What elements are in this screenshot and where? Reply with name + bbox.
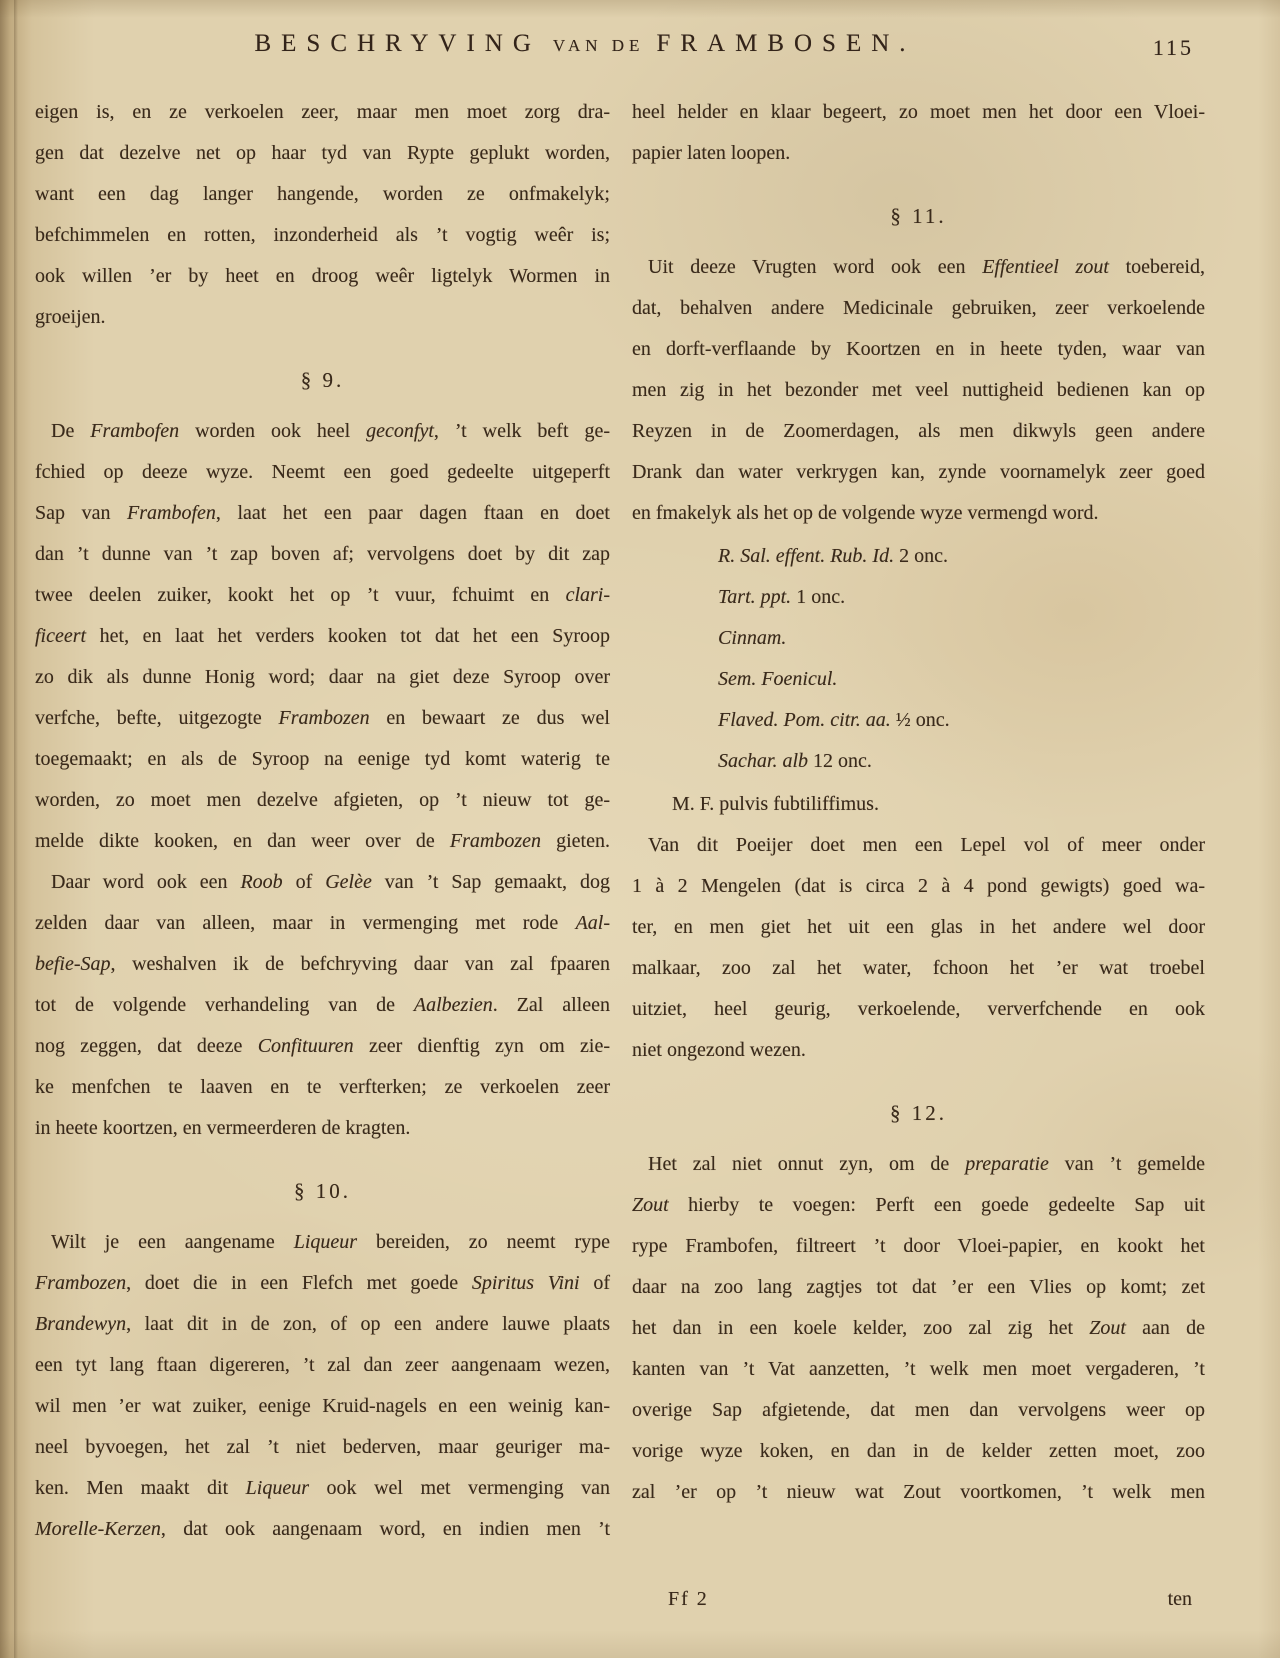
- paragraph: De Frambofen worden ook heel geconfyt, ’…: [35, 411, 610, 862]
- text-line: Sem. Foenicul.: [632, 659, 1205, 700]
- text-line: Zout hierby te voegen: Perft een goede g…: [632, 1185, 1205, 1226]
- title-connector-van-de: van de: [553, 36, 645, 55]
- text-line: Flaved. Pom. citr. aa. ½ onc.: [632, 700, 1205, 741]
- text-line: Cinnam.: [632, 618, 1205, 659]
- section-heading: § 11.: [632, 196, 1205, 237]
- text-line: worden, zo moet men dezelve afgieten, op…: [35, 780, 610, 821]
- text-line: ficeert het, en laat het verders kooken …: [35, 616, 610, 657]
- text-line: dan ’t dunne van ’t zap boven af; vervol…: [35, 534, 610, 575]
- text-line: toegemaakt; en als de Syroop na eenige t…: [35, 739, 610, 780]
- text-line: zo dik als dunne Honig word; daar na gie…: [35, 657, 610, 698]
- text-line: Reyzen in de Zoomerdagen, als men dikwyl…: [632, 411, 1205, 452]
- text-line: zelden daar van alleen, maar in vermengi…: [35, 903, 610, 944]
- title-word-frambosen: FRAMBOSEN.: [656, 30, 915, 57]
- text-line: ter, en men giet het uit een glas in het…: [632, 907, 1205, 948]
- text-line: Sachar. alb 12 onc.: [632, 741, 1205, 782]
- text-line: Morelle-Kerzen, dat ook aangenaam word, …: [35, 1509, 610, 1550]
- page-footer: Ff 2 ten: [0, 1588, 1280, 1629]
- page-header: BESCHRYVINGvan deFRAMBOSEN. 115: [0, 30, 1280, 72]
- book-page: BESCHRYVINGvan deFRAMBOSEN. 115 eigen is…: [0, 0, 1280, 1658]
- text-line: malkaar, zoo zal het water, fchoon het ’…: [632, 948, 1205, 989]
- text-line: Het zal niet onnut zyn, om de preparatie…: [632, 1144, 1205, 1185]
- text-line: en dorft-verflaande by Koortzen en in he…: [632, 329, 1205, 370]
- paragraph: Wilt je een aangename Liqueur bereiden, …: [35, 1222, 610, 1550]
- text-line: R. Sal. effent. Rub. Id. 2 onc.: [632, 536, 1205, 577]
- text-line: men zig in het bezonder met veel nuttigh…: [632, 370, 1205, 411]
- text-line: dat, behalven andere Medicinale gebruike…: [632, 288, 1205, 329]
- text-line: M. F. pulvis fubtiliffimus.: [672, 784, 1205, 825]
- text-line: eigen is, en ze verkoelen zeer, maar men…: [35, 92, 610, 133]
- paragraph: eigen is, en ze verkoelen zeer, maar men…: [35, 92, 610, 338]
- text-line: verfche, befte, uitgezogte Frambozen en …: [35, 698, 610, 739]
- paragraph: Van dit Poeijer doet men een Lepel vol o…: [632, 825, 1205, 1071]
- text-line: befie-Sap, weshalven ik de befchryving d…: [35, 944, 610, 985]
- text-line: gen dat dezelve net op haar tyd van Rypt…: [35, 133, 610, 174]
- text-line: melde dikte kooken, en dan weer over de …: [35, 821, 610, 862]
- text-line: rype Frambofen, filtreert ’t door Vloei-…: [632, 1226, 1205, 1267]
- text-line: neel byvoegen, het zal ’t niet bederven,…: [35, 1427, 610, 1468]
- text-line: Brandewyn, laat dit in de zon, of op een…: [35, 1304, 610, 1345]
- text-line: vorige wyze koken, en dan in de kelder z…: [632, 1431, 1205, 1472]
- running-title: BESCHRYVINGvan deFRAMBOSEN.: [40, 30, 1130, 58]
- text-line: papier laten loopen.: [632, 133, 1205, 174]
- text-line: Wilt je een aangename Liqueur bereiden, …: [35, 1222, 610, 1263]
- text-line: befchimmelen en rotten, inzonderheid als…: [35, 215, 610, 256]
- text-line: uitziet, heel geurig, verkoelende, verve…: [632, 989, 1205, 1030]
- text-line: het dan in een koele kelder, zoo zal zig…: [632, 1308, 1205, 1349]
- text-line: daar na zoo lang zagtjes tot dat ’er een…: [632, 1267, 1205, 1308]
- text-line: nog zeggen, dat deeze Confituuren zeer d…: [35, 1026, 610, 1067]
- text-line: twee deelen zuiker, kookt het op ’t vuur…: [35, 575, 610, 616]
- text-line: en fmakelyk als het op de volgende wyze …: [632, 493, 1205, 534]
- text-line: overige Sap afgietende, dat men dan verv…: [632, 1390, 1205, 1431]
- paragraph: Daar word ook een Roob of Gelèe van ’t S…: [35, 862, 610, 1149]
- paragraph: M. F. pulvis fubtiliffimus.: [672, 784, 1205, 825]
- section-heading: § 12.: [632, 1093, 1205, 1134]
- text-line: fchied op deeze wyze. Neemt een goed ged…: [35, 452, 610, 493]
- text-line: 1 à 2 Mengelen (dat is circa 2 à 4 pond …: [632, 866, 1205, 907]
- text-line: Van dit Poeijer doet men een Lepel vol o…: [632, 825, 1205, 866]
- page-number: 115: [1153, 35, 1194, 61]
- text-line: De Frambofen worden ook heel geconfyt, ’…: [35, 411, 610, 452]
- signature-mark: Ff 2: [668, 1588, 709, 1611]
- paragraph: Uit deeze Vrugten word ook een Effentiee…: [632, 247, 1205, 534]
- text-line: Uit deeze Vrugten word ook een Effentiee…: [632, 247, 1205, 288]
- text-line: groeijen.: [35, 297, 610, 338]
- text-line: Daar word ook een Roob of Gelèe van ’t S…: [35, 862, 610, 903]
- text-line: ken. Men maakt dit Liqueur ook wel met v…: [35, 1468, 610, 1509]
- text-line: een tyt lang ftaan digereren, ’t zal dan…: [35, 1345, 610, 1386]
- text-line: Drank dan water verkrygen kan, zynde voo…: [632, 452, 1205, 493]
- text-line: niet ongezond wezen.: [632, 1030, 1205, 1071]
- column-right: heel helder en klaar begeert, zo moet me…: [632, 92, 1205, 1550]
- text-line: wil men ’er wat zuiker, eenige Kruid-nag…: [35, 1386, 610, 1427]
- section-heading: § 10.: [35, 1171, 610, 1212]
- section-heading: § 9.: [35, 360, 610, 401]
- text-line: ke menfchen te laaven en te verfterken; …: [35, 1067, 610, 1108]
- text-line: zal ’er op ’t nieuw wat Zout voortkomen,…: [632, 1472, 1205, 1513]
- text-line: tot de volgende verhandeling van de Aalb…: [35, 985, 610, 1026]
- text-columns: eigen is, en ze verkoelen zeer, maar men…: [35, 92, 1205, 1550]
- text-line: want een dag langer hangende, worden ze …: [35, 174, 610, 215]
- text-line: heel helder en klaar begeert, zo moet me…: [632, 92, 1205, 133]
- recipe-block: R. Sal. effent. Rub. Id. 2 onc.Tart. ppt…: [632, 536, 1205, 782]
- catchword: ten: [1168, 1588, 1192, 1611]
- text-line: kanten van ’t Vat aanzetten, ’t welk men…: [632, 1349, 1205, 1390]
- text-line: Frambozen, doet die in een Flefch met go…: [35, 1263, 610, 1304]
- paragraph: Het zal niet onnut zyn, om de preparatie…: [632, 1144, 1205, 1513]
- column-left: eigen is, en ze verkoelen zeer, maar men…: [35, 92, 610, 1550]
- paragraph: heel helder en klaar begeert, zo moet me…: [632, 92, 1205, 174]
- text-line: Tart. ppt. 1 onc.: [632, 577, 1205, 618]
- text-line: in heete koortzen, en vermeerderen de kr…: [35, 1108, 610, 1149]
- title-word-beschryving: BESCHRYVING: [254, 30, 540, 57]
- text-line: Sap van Frambofen, laat het een paar dag…: [35, 493, 610, 534]
- text-line: ook willen ’er by heet en droog weêr lig…: [35, 256, 610, 297]
